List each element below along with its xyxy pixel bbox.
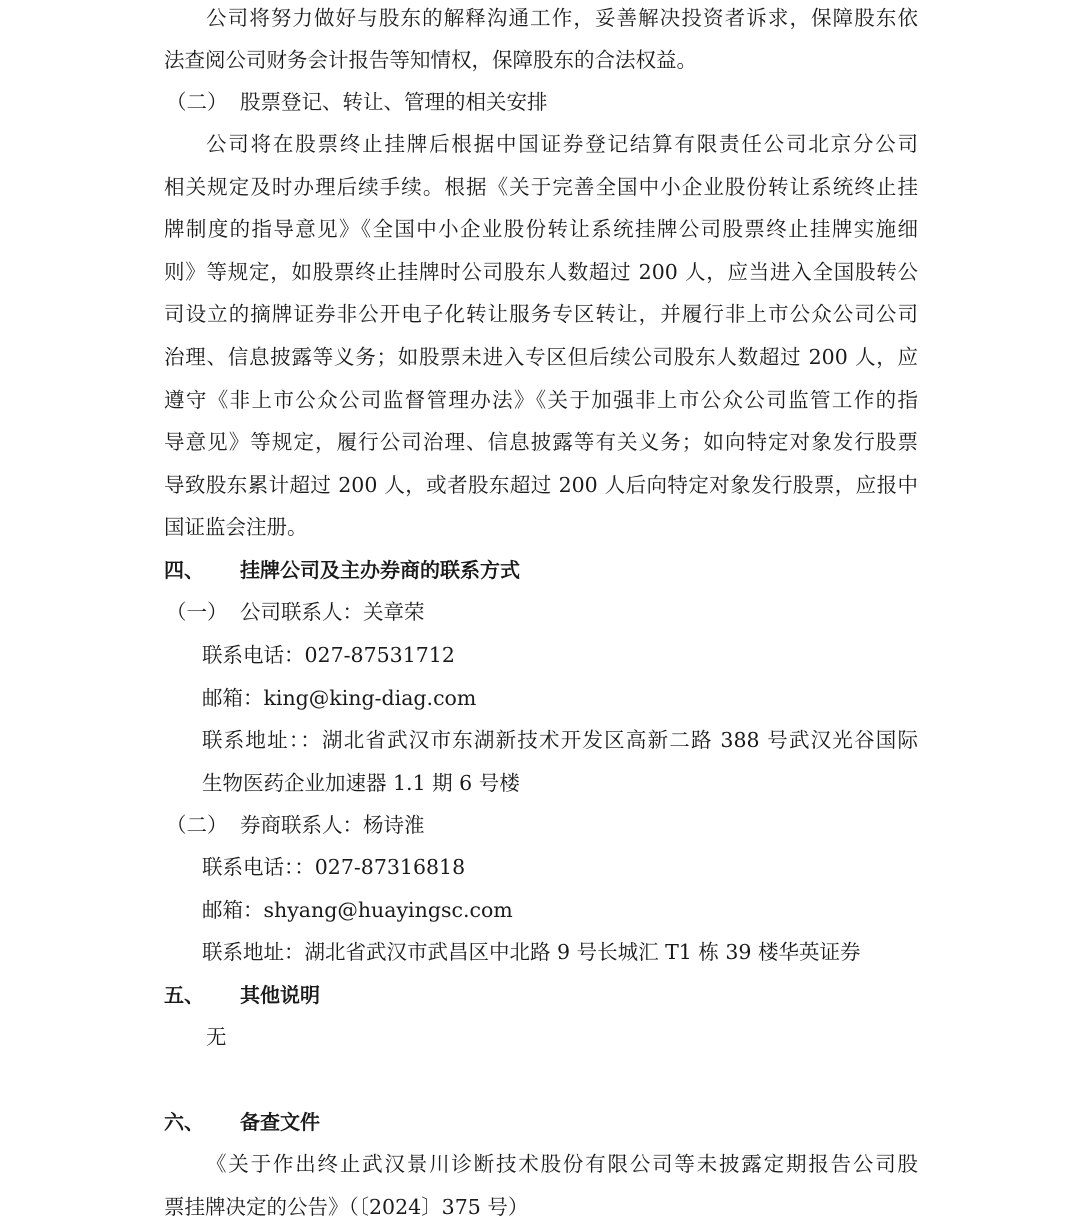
- section-heading-6: 六、备查文件: [164, 1107, 918, 1137]
- company-contact-heading: （一）公司联系人：关章荣: [166, 597, 920, 627]
- broker-contact-heading: （二）券商联系人：杨诗淮: [166, 810, 920, 840]
- broker-contact-name: 券商联系人：杨诗淮: [240, 813, 425, 837]
- paragraph-line: 相关规定及时办理后续手续。根据《关于完善全国中小企业股份转让系统终止挂: [164, 172, 918, 202]
- paragraph-line: 治理、信息披露等义务；如股票未进入专区但后续公司股东人数超过 200 人，应: [164, 342, 918, 372]
- paragraph-line: 遵守《非上市公众公司监督管理办法》《关于加强非上市公众公司监管工作的指: [164, 385, 918, 415]
- section-number: 五、: [164, 980, 240, 1010]
- company-contact-name: 公司联系人：关章荣: [240, 600, 425, 624]
- paragraph-line: 法查阅公司财务会计报告等知情权，保障股东的合法权益。: [164, 45, 918, 75]
- section-5-content: 无: [206, 1022, 960, 1052]
- company-address-line: 生物医药企业加速器 1.1 期 6 号楼: [202, 768, 918, 798]
- paragraph-line: 司设立的摘牌证券非公开电子化转让服务专区转让，并履行非上市公众公司公司: [164, 299, 918, 329]
- company-phone: 联系电话：027-87531712: [202, 640, 918, 670]
- section-heading-5: 五、其他说明: [164, 980, 918, 1010]
- paragraph-line: 国证监会注册。: [164, 512, 918, 542]
- section-title: 其他说明: [240, 983, 320, 1007]
- section-title: 备查文件: [240, 1110, 320, 1134]
- section-number: 六、: [164, 1107, 240, 1137]
- paragraph-line: 公司将努力做好与股东的解释沟通工作，妥善解决投资者诉求，保障股东依: [206, 3, 918, 33]
- company-address-line: 联系地址：：湖北省武汉市东湖新技术开发区高新二路 388 号武汉光谷国际: [202, 725, 918, 755]
- broker-phone: 联系电话：：027-87316818: [202, 852, 918, 882]
- section-number: 四、: [164, 555, 240, 585]
- company-email: 邮箱：king@king-diag.com: [202, 683, 918, 713]
- broker-email: 邮箱：shyang@huayingsc.com: [202, 895, 918, 925]
- broker-address: 联系地址：湖北省武汉市武昌区中北路 9 号长城汇 T1 栋 39 楼华英证券: [202, 937, 918, 967]
- subsection-number: （二）: [166, 810, 240, 840]
- subsection-number: （一）: [166, 597, 240, 627]
- subsection-title: 股票登记、转让、管理的相关安排: [240, 90, 548, 114]
- paragraph-line: 公司将在股票终止挂牌后根据中国证券登记结算有限责任公司北京分公司: [206, 129, 918, 159]
- paragraph-line: 则》等规定，如股票终止挂牌时公司股东人数超过 200 人，应当进入全国股转公: [164, 257, 918, 287]
- paragraph-line: 导意见》等规定，履行公司治理、信息披露等有关义务；如向特定对象发行股票: [164, 427, 918, 457]
- paragraph-line: 牌制度的指导意见》《全国中小企业股份转让系统挂牌公司股票终止挂牌实施细: [164, 214, 918, 244]
- subsection-heading: （二）股票登记、转让、管理的相关安排: [166, 87, 920, 117]
- section-heading-4: 四、挂牌公司及主办券商的联系方式: [164, 555, 918, 585]
- reference-document-line: 《关于作出终止武汉景川诊断技术股份有限公司等未披露定期报告公司股: [206, 1149, 918, 1179]
- paragraph-line: 导致股东累计超过 200 人，或者股东超过 200 人后向特定对象发行股票，应报…: [164, 470, 918, 500]
- section-title: 挂牌公司及主办券商的联系方式: [240, 558, 520, 582]
- reference-document-line: 票挂牌决定的公告》（〔2024〕375 号）: [164, 1192, 918, 1222]
- subsection-number: （二）: [166, 87, 240, 117]
